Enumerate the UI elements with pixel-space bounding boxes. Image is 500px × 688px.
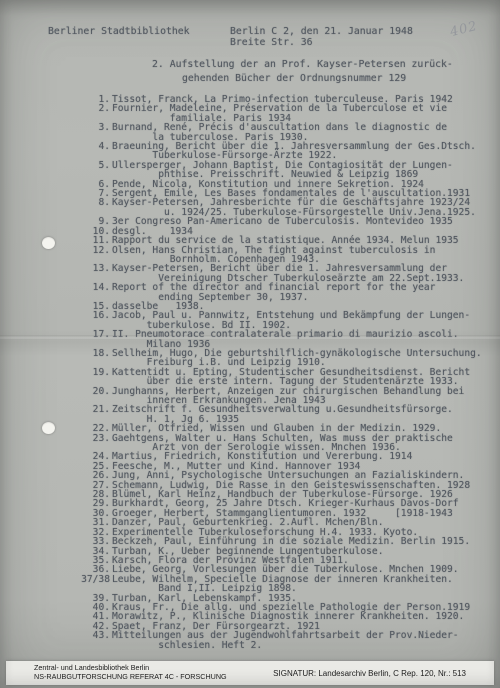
- document-title-line1: 2. Aufstellung der an Prof. Kayser-Peter…: [152, 58, 453, 72]
- fold-crease: [0, 335, 500, 340]
- item-number: 12.: [78, 246, 112, 255]
- document-title-line2: gehenden Bücher der Ordnungsnummer 129: [182, 72, 453, 86]
- item-text: Ullersperger, Johann Baptist, Die Contag…: [112, 161, 453, 180]
- list-item: 12.Olsen, Hans Christian, The fight agai…: [78, 246, 492, 265]
- item-number: 37/38: [78, 575, 112, 584]
- item-number: 16.: [78, 311, 112, 320]
- footer-institution-block: Zentral- und Landesbibliothek Berlin NS-…: [34, 664, 227, 681]
- item-number: 21.: [78, 405, 112, 414]
- list-item: 37/38Leube, Wilhelm, Specielle Diagnose …: [78, 575, 492, 594]
- list-item: 3.Burnand, René, Précis d'auscultation d…: [78, 123, 492, 142]
- list-item: 4.Braeuning, Bericht über die 1. Jahresv…: [78, 142, 492, 161]
- list-item: 21.Zeitschrift f. Gesundheitsverwaltung …: [78, 405, 492, 424]
- list-item: 23.Gaehtgens, Walter u. Hans Schulten, W…: [78, 434, 492, 453]
- date-line: Berlin C 2, den 21. Januar 1948: [230, 26, 413, 37]
- punch-hole-top: [42, 237, 55, 249]
- item-number: 3.: [78, 123, 112, 132]
- item-number: 20.: [78, 387, 112, 396]
- list-item: 19.Kattentidt u. Epting, Studentischer G…: [78, 368, 492, 387]
- list-item: 43.Mitteilungen aus der Jugendwohlfahrts…: [78, 631, 492, 650]
- list-item: 16.Jacob, Paul u. Pannwitz, Entstehung u…: [78, 311, 492, 330]
- item-text: Braeuning, Bericht über die 1. Jahresver…: [112, 142, 476, 161]
- item-text: Sellheim, Hugo, Die geburtshilflich-gynä…: [112, 349, 482, 368]
- sender-name: Berliner Stadtbibliothek: [48, 26, 190, 37]
- item-number: 2.: [78, 104, 112, 113]
- list-item: 2.Fournier, Madeleine, Préservation de l…: [78, 104, 492, 123]
- book-list: 1.Tissot, Franck, La Primo-infection tub…: [78, 95, 492, 650]
- item-text: Kattentidt u. Epting, Studentischer Gesu…: [112, 368, 470, 387]
- scanned-document-page: 402 Berliner Stadtbibliothek Berlin C 2,…: [0, 0, 500, 688]
- item-text: Junghanns, Herbert, Anzeigen zur chirurg…: [112, 387, 464, 406]
- item-number: 18.: [78, 349, 112, 358]
- item-text: Kayser-Petersen, Jahresberichte für die …: [112, 198, 476, 217]
- item-text: Burnand, René, Précis d'auscultation dan…: [112, 123, 447, 142]
- item-text: Kayser-Petersen, Bericht über die 1. Jah…: [112, 264, 464, 283]
- street-line: Breite Str. 36: [230, 37, 413, 48]
- item-text: Report of the director and financial rep…: [112, 283, 435, 302]
- item-number: 14.: [78, 283, 112, 292]
- list-item: 5.Ullersperger, Johann Baptist, Die Cont…: [78, 161, 492, 180]
- list-item: 8.Kayser-Petersen, Jahresberichte für di…: [78, 198, 492, 217]
- item-text: Gaehtgens, Walter u. Hans Schulten, Was …: [112, 434, 453, 453]
- list-item: 14.Report of the director and financial …: [78, 283, 492, 302]
- item-text: Leube, Wilhelm, Specielle Diagnose der i…: [112, 575, 453, 594]
- item-number: 43.: [78, 631, 112, 640]
- pencil-page-number: 402: [449, 19, 480, 40]
- footer-department: NS-RAUBGUTFORSCHUNG REFERAT 4C - FORSCHU…: [34, 673, 227, 682]
- item-text: Fournier, Madeleine, Préservation de la …: [112, 104, 447, 123]
- address-block: Berlin C 2, den 21. Januar 1948 Breite S…: [230, 26, 413, 48]
- list-item: 20.Junghanns, Herbert, Anzeigen zur chir…: [78, 387, 492, 406]
- archive-footer-band: Zentral- und Landesbibliothek Berlin NS-…: [6, 661, 494, 685]
- item-text: Olsen, Hans Christian, The fight against…: [112, 246, 435, 265]
- item-number: 4.: [78, 142, 112, 151]
- item-number: 5.: [78, 161, 112, 170]
- item-text: Zeitschrift f. Gesundheitsverwaltung u.G…: [112, 405, 453, 424]
- item-text: Mitteilungen aus der Jugendwohlfahrtsarb…: [112, 631, 459, 650]
- item-number: 23.: [78, 434, 112, 443]
- item-number: 13.: [78, 264, 112, 273]
- punch-hole-bottom: [42, 422, 55, 434]
- item-number: 8.: [78, 198, 112, 207]
- footer-signature: SIGNATUR: Landesarchiv Berlin, C Rep. 12…: [273, 669, 466, 678]
- list-item: 18.Sellheim, Hugo, Die geburtshilflich-g…: [78, 349, 492, 368]
- document-title: 2. Aufstellung der an Prof. Kayser-Peter…: [152, 58, 453, 86]
- item-text: Jacob, Paul u. Pannwitz, Entstehung und …: [112, 311, 470, 330]
- item-number: 19.: [78, 368, 112, 377]
- list-item: 13.Kayser-Petersen, Bericht über die 1. …: [78, 264, 492, 283]
